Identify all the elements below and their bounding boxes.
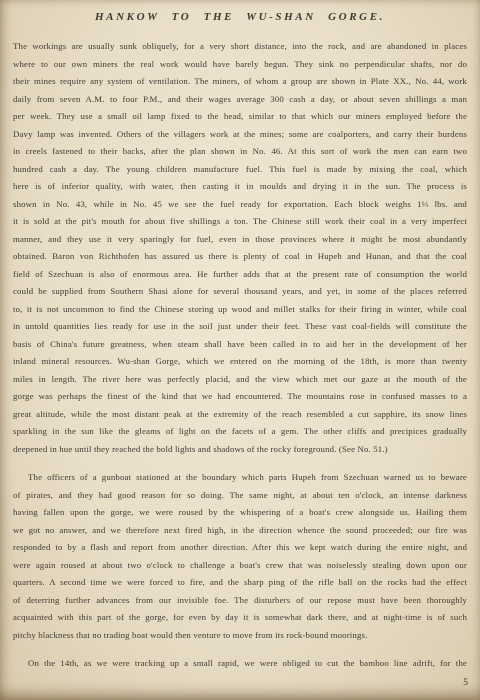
text-line: great altitude, while the most distant p… (13, 406, 467, 424)
text-line: inland mineral resources. Wu-shan Gorge,… (13, 353, 467, 371)
text-line: hundred cash a day. The young children m… (13, 161, 467, 179)
text-line: here is of inferior quality, with water,… (13, 178, 467, 196)
book-page: HANKOW TO THE WU-SHAN GORGE. The working… (0, 0, 480, 700)
text-line: sparkling in the sun like the gleams of … (13, 423, 467, 441)
text-line: deepened in hue until they reached the b… (13, 441, 467, 459)
text-line: in creels fastened to their backs, after… (13, 143, 467, 161)
text-line: their mines require any system of ventil… (13, 73, 467, 91)
page-number: 5 (0, 676, 480, 690)
text-line: having fallen upon the gorge, we were ro… (13, 504, 467, 522)
text-line: per week. They use a small oil lamp fixe… (13, 108, 467, 126)
text-line: obtained. Baron von Richthofen has assur… (13, 248, 467, 266)
text-line: to, it is not uncommon to find the Chine… (13, 301, 467, 319)
text-line: where to our own miners the real work wo… (13, 56, 467, 74)
text-line: miles in length. The river here was perf… (13, 371, 467, 389)
text-line: gorge was perhaps the finest of the kind… (13, 388, 467, 406)
body-text: The workings are usually sunk obliquely,… (13, 38, 467, 673)
text-line: acquainted with this part of the gorge, … (13, 609, 467, 627)
text-line: field of Szechuan is also of enormous ar… (13, 266, 467, 284)
text-line: quarters. A second time we were forced t… (13, 574, 467, 592)
text-line: shown in No. 43, while in No. 45 we see … (13, 196, 467, 214)
text-line: in untold quantities lies ready for use … (13, 318, 467, 336)
paragraph: On the 14th, as we were tracking up a sm… (13, 655, 467, 673)
text-line: of deterring further advances from our i… (13, 592, 467, 610)
text-line: of pirates, and they had good reason for… (13, 487, 467, 505)
text-line: The officers of a gunboat stationed at t… (13, 469, 467, 487)
page-title: HANKOW TO THE WU-SHAN GORGE. (0, 0, 480, 23)
text-line: The workings are usually sunk obliquely,… (13, 38, 467, 56)
text-line: responded to by a flash and report from … (13, 539, 467, 557)
text-line: basis of China's future greatness, when … (13, 336, 467, 354)
text-line: were again roused at about two o'clock t… (13, 557, 467, 575)
paragraph: The workings are usually sunk obliquely,… (13, 38, 467, 458)
text-line: it is sold at the pit's mouth for about … (13, 213, 467, 231)
paragraph: The officers of a gunboat stationed at t… (13, 469, 467, 644)
text-line: daily from seven A.M. to four P.M., and … (13, 91, 467, 109)
text-line: Davy lamp was invented. Others of the vi… (13, 126, 467, 144)
text-line: manner, and they use it very sparingly f… (13, 231, 467, 249)
text-line: On the 14th, as we were tracking up a sm… (13, 655, 467, 673)
text-line: we got no answer, and we therefore next … (13, 522, 467, 540)
text-line: could be supplied from Southern Shasi al… (13, 283, 467, 301)
text-line: pitchy blackness that no trading boat wo… (13, 627, 467, 645)
